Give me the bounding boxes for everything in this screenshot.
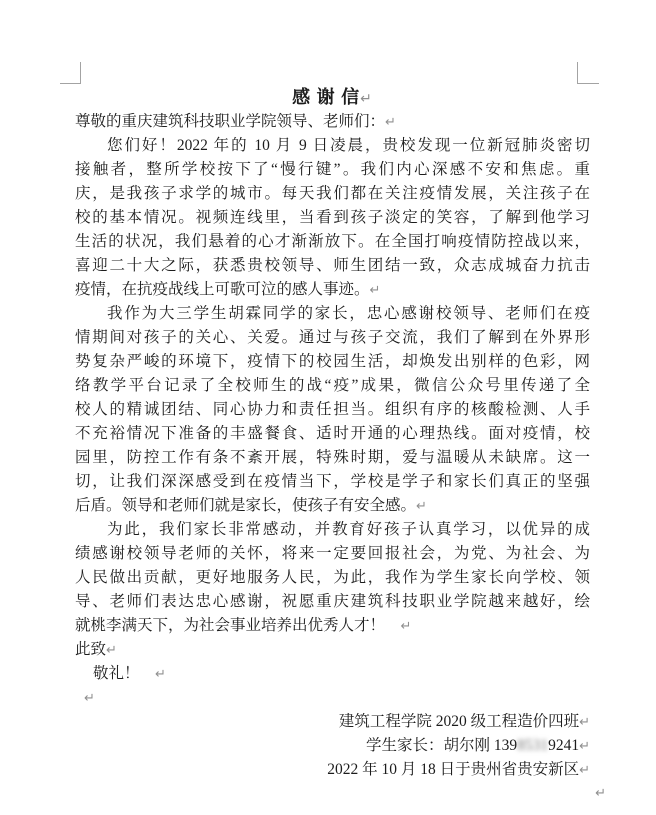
body-line: 喜迎二十大之际，获悉贵校领导、师生团结一致，众志成城奋力抗击 bbox=[75, 254, 590, 278]
body-line: 络教学平台记录了全校师生的战“疫”成果，微信公众号里传递了全 bbox=[75, 374, 590, 398]
text-run: 疫情，在抗疫战线上可歌可泣的感人事迹。 bbox=[75, 281, 370, 298]
text-run: 校人的精诚团结、同心协力和责任担当。组织有序的核酸检测、人手 bbox=[75, 401, 590, 418]
text-run: 尊敬的重庆建筑科技职业学院领导、老师们： bbox=[75, 113, 385, 130]
masked-phone-digits: 8531 bbox=[517, 737, 548, 754]
text-run: 我作为大三学生胡霖同学的家长，忠心感谢校领导、老师们在疫 bbox=[107, 305, 590, 322]
text-run: 生活的状况，我们悬着的心才渐渐放下。在全国打响疫情防控战以来， bbox=[75, 233, 590, 250]
body-line: 疫情，在抗疫战线上可歌可泣的感人事迹。↵ bbox=[75, 278, 590, 302]
body-line: 势复杂严峻的环境下，疫情下的校园生活，却焕发出别样的色彩，网 bbox=[75, 350, 590, 374]
text-run: 学生家长：胡尔刚 139 bbox=[366, 737, 517, 754]
paragraph-mark-icon: ↵ bbox=[385, 115, 396, 130]
empty-paragraph-line: ↵ bbox=[75, 782, 590, 806]
text-run: 势复杂严峻的环境下，疫情下的校园生活，却焕发出别样的色彩，网 bbox=[75, 353, 590, 370]
crop-mark-top-right-icon bbox=[577, 62, 599, 84]
text-run: 2022 年 10 月 18 日于贵州省贵安新区 bbox=[327, 761, 579, 778]
text-run: 后盾。领导和老师们就是家长，使孩子有安全感。 bbox=[75, 497, 416, 514]
body-line: 不充裕情况下准备的丰盛餐食、适时开通的心理热线。面对疫情，校 bbox=[75, 422, 590, 446]
body-line: 就桃李满天下，为社会事业培养出优秀人才！ ↵ bbox=[75, 614, 590, 638]
body-line: 情期间对孩子的关心、关爱。通过与孩子交流，我们了解到在外界形 bbox=[75, 326, 590, 350]
text-run: 络教学平台记录了全校师生的战“疫”成果，微信公众号里传递了全 bbox=[75, 377, 590, 394]
signature-date-line: 2022 年 10 月 18 日于贵州省贵安新区↵ bbox=[75, 758, 590, 782]
letter-title: 感 谢 信 bbox=[292, 87, 360, 107]
letter-content: 感 谢 信↵ 尊敬的重庆建筑科技职业学院领导、老师们：↵您们好！2022 年的 … bbox=[75, 84, 590, 806]
text-run: 敬礼！ bbox=[93, 665, 155, 682]
text-run: 接触者，整所学校按下了“慢行键”。我们内心深感不安和焦虑。重 bbox=[75, 161, 590, 178]
text-run: 人民做出贡献，更好地服务人民，为此，我作为学生家长向学校、领 bbox=[75, 569, 590, 586]
paragraph-mark-icon: ↵ bbox=[401, 619, 412, 634]
text-run: 切，让我们深深感受到在疫情当下，学校是学子和家长们真正的坚强 bbox=[75, 473, 590, 490]
body-line: 导、老师们表达忠心感谢，祝愿重庆建筑科技职业学院越来越好，绘 bbox=[75, 590, 590, 614]
paragraph-mark-icon: ↵ bbox=[579, 763, 590, 778]
body-line: 生活的状况，我们悬着的心才渐渐放下。在全国打响疫情防控战以来， bbox=[75, 230, 590, 254]
text-run: 9241 bbox=[548, 737, 579, 754]
text-run: 庆，是我孩子求学的城市。每天我们都在关注疫情发展，关注孩子在 bbox=[75, 185, 590, 202]
document-page: 感 谢 信↵ 尊敬的重庆建筑科技职业学院领导、老师们：↵您们好！2022 年的 … bbox=[0, 0, 656, 815]
text-run: 不充裕情况下准备的丰盛餐食、适时开通的心理热线。面对疫情，校 bbox=[75, 425, 590, 442]
text-run: 导、老师们表达忠心感谢，祝愿重庆建筑科技职业学院越来越好，绘 bbox=[75, 593, 590, 610]
text-run: 喜迎二十大之际，获悉贵校领导、师生团结一致，众志成城奋力抗击 bbox=[75, 257, 590, 274]
body-line: 接触者，整所学校按下了“慢行键”。我们内心深感不安和焦虑。重 bbox=[75, 158, 590, 182]
crop-mark-top-left-icon bbox=[60, 62, 81, 84]
text-run: 情期间对孩子的关心、关爱。通过与孩子交流，我们了解到在外界形 bbox=[75, 329, 590, 346]
closing-cizhi-line: 此致↵ bbox=[75, 638, 590, 662]
body-line: 人民做出贡献，更好地服务人民，为此，我作为学生家长向学校、领 bbox=[75, 566, 590, 590]
body-line: 后盾。领导和老师们就是家长，使孩子有安全感。↵ bbox=[75, 494, 590, 518]
text-run: 园里，防控工作有条不紊开展，特殊时期，爱与温暖从未缺席。这一 bbox=[75, 449, 590, 466]
text-run: 此致 bbox=[75, 641, 106, 658]
body-line: 为此，我们家长非常感动，并教育好孩子认真学习，以优异的成 bbox=[75, 518, 590, 542]
paragraph-mark-icon: ↵ bbox=[360, 91, 373, 107]
paragraph-mark-icon: ↵ bbox=[416, 499, 427, 514]
body-line: 庆，是我孩子求学的城市。每天我们都在关注疫情发展，关注孩子在 bbox=[75, 182, 590, 206]
signature-parent-phone-line: 学生家长：胡尔刚 13985319241↵ bbox=[75, 734, 590, 758]
paragraph-mark-icon: ↵ bbox=[579, 715, 590, 730]
body-line: 切，让我们深深感受到在疫情当下，学校是学子和家长们真正的坚强 bbox=[75, 470, 590, 494]
body-line: 园里，防控工作有条不紊开展，特殊时期，爱与温暖从未缺席。这一 bbox=[75, 446, 590, 470]
text-run: 建筑工程学院 2020 级工程造价四班 bbox=[339, 713, 579, 730]
text-run: 您们好！2022 年的 10 月 9 日凌晨，贵校发现一位新冠肺炎密切 bbox=[107, 137, 590, 154]
body-line: 您们好！2022 年的 10 月 9 日凌晨，贵校发现一位新冠肺炎密切 bbox=[75, 134, 590, 158]
salutation-line: 尊敬的重庆建筑科技职业学院领导、老师们：↵ bbox=[75, 110, 590, 134]
closing-jingli-line: 敬礼！ ↵ bbox=[75, 662, 590, 686]
body-line: 绩感谢校领导老师的关怀，将来一定要回报社会，为党、为社会、为 bbox=[75, 542, 590, 566]
text-run: 就桃李满天下，为社会事业培养出优秀人才！ bbox=[75, 617, 401, 634]
paragraph-mark-icon: ↵ bbox=[370, 283, 381, 298]
letter-body: 尊敬的重庆建筑科技职业学院领导、老师们：↵您们好！2022 年的 10 月 9 … bbox=[75, 110, 590, 806]
paragraph-mark-icon: ↵ bbox=[84, 691, 95, 706]
text-run: 校的基本情况。视频连线里，当看到孩子淡定的笑容，了解到他学习 bbox=[75, 209, 590, 226]
body-line: 校的基本情况。视频连线里，当看到孩子淡定的笑容，了解到他学习 bbox=[75, 206, 590, 230]
body-line: 校人的精诚团结、同心协力和责任担当。组织有序的核酸检测、人手 bbox=[75, 398, 590, 422]
signature-class-line: 建筑工程学院 2020 级工程造价四班↵ bbox=[75, 710, 590, 734]
body-line: 我作为大三学生胡霖同学的家长，忠心感谢校领导、老师们在疫 bbox=[75, 302, 590, 326]
text-run: 为此，我们家长非常感动，并教育好孩子认真学习，以优异的成 bbox=[107, 521, 590, 538]
empty-paragraph-line: ↵ bbox=[75, 686, 590, 710]
paragraph-mark-icon: ↵ bbox=[579, 739, 590, 754]
paragraph-mark-icon: ↵ bbox=[106, 643, 117, 658]
paragraph-mark-icon: ↵ bbox=[155, 667, 166, 682]
text-run: 绩感谢校领导老师的关怀，将来一定要回报社会，为党、为社会、为 bbox=[75, 545, 590, 562]
paragraph-mark-icon: ↵ bbox=[595, 782, 606, 806]
letter-title-line: 感 谢 信↵ bbox=[75, 84, 590, 110]
